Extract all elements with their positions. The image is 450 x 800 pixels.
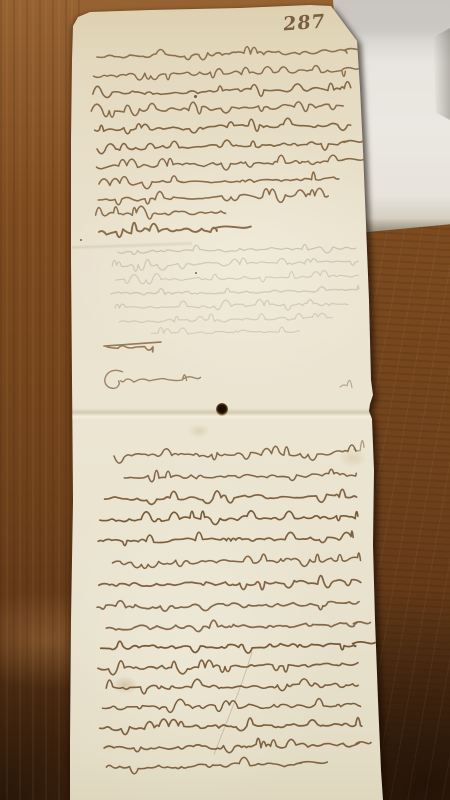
handwriting-line <box>95 204 225 220</box>
handwriting-line <box>112 256 358 272</box>
handwriting-line <box>93 81 351 101</box>
handwriting-line <box>99 575 361 592</box>
photo-container: 287 <box>0 0 450 800</box>
handwriting-line <box>106 618 370 633</box>
handwriting-line <box>124 468 356 483</box>
handwriting-line <box>118 242 356 256</box>
handwriting-line <box>100 509 358 526</box>
handwriting-line <box>119 312 332 324</box>
handwriting-line <box>98 187 328 206</box>
handwriting-line <box>104 342 161 353</box>
handwriting-line <box>106 756 327 774</box>
verso-bottom-block <box>95 445 378 775</box>
handwriting-line <box>111 285 359 296</box>
handwriting-line <box>96 153 364 173</box>
handwriting-line <box>97 44 365 62</box>
wormhole <box>216 403 228 416</box>
handwriting-line <box>105 489 357 505</box>
handwriting-line <box>340 380 352 387</box>
handwriting-line <box>112 553 360 569</box>
handwriting-line <box>114 445 356 463</box>
handwriting-line <box>98 530 353 546</box>
handwriting-line <box>91 99 343 118</box>
handwriting-line <box>93 65 359 82</box>
recto-top-block <box>90 44 369 238</box>
handwriting-layer <box>0 0 450 800</box>
handwriting-line <box>115 270 358 285</box>
page-number: 287 <box>282 10 326 35</box>
manuscript-shadow-wrapper: 287 <box>0 0 450 800</box>
handwriting-line <box>100 716 362 735</box>
edge-marks <box>340 380 364 451</box>
handwriting-line <box>99 171 339 189</box>
handwriting-line <box>94 117 350 136</box>
bleed-through-block <box>110 242 360 335</box>
handwriting-line <box>99 220 251 238</box>
handwriting-line <box>97 597 359 613</box>
handwriting-line <box>106 677 358 695</box>
handwriting-line <box>104 737 371 755</box>
handwriting-line <box>115 298 348 313</box>
manuscript-sheet: 287 <box>0 0 450 800</box>
handwriting-line <box>105 369 201 389</box>
handwriting-line <box>98 658 358 675</box>
handwriting-line <box>101 638 376 655</box>
handwriting-line <box>97 137 363 155</box>
annotation-words <box>104 341 201 388</box>
handwriting-line <box>151 325 299 335</box>
